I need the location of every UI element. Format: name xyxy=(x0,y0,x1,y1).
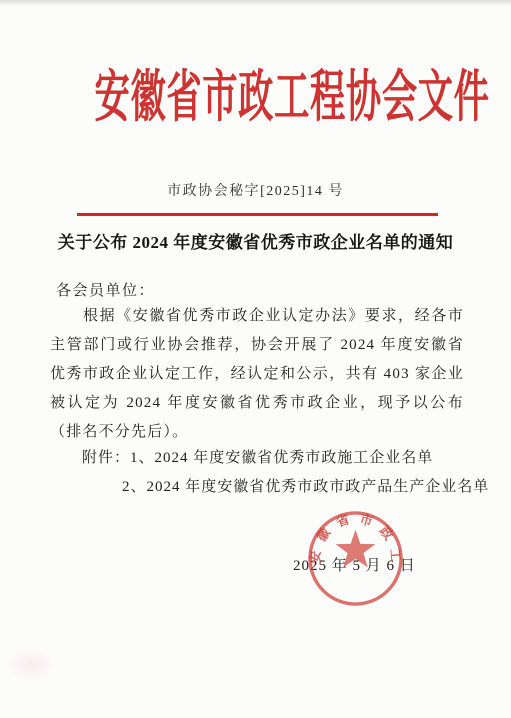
attachment-item-1: 1、2024 年度安徽省优秀市政施工企业名单 xyxy=(130,450,433,466)
document-header-title: 安徽省市政工程协会文件 xyxy=(95,66,417,130)
scan-smudge xyxy=(8,648,54,682)
document-subject: 关于公布 2024 年度安徽省优秀市政企业名单的通知 xyxy=(0,228,511,253)
red-divider-line xyxy=(77,213,438,216)
attachment-item-2: 2、2024 年度安徽省优秀市政市政产品生产企业名单 xyxy=(122,479,489,495)
attachments-label: 附件： xyxy=(82,450,130,466)
official-seal: 安徽省市政工程协会 xyxy=(306,509,405,608)
attachments-line-2: 2、2024 年度安徽省优秀市政市政产品生产企业名单 xyxy=(122,475,489,496)
seal-star-icon xyxy=(336,530,376,568)
body-paragraph: 根据《安徽省优秀市政企业认定办法》要求，经各市主管部门或行业协会推荐，协会开展了… xyxy=(50,302,464,447)
document-number: 市政协会秘字[2025]14 号 xyxy=(0,180,511,200)
attachments-line-1: 附件：1、2024 年度安徽省优秀市政施工企业名单 xyxy=(82,446,433,467)
document-page: 安徽省市政工程协会文件 市政协会秘字[2025]14 号 关于公布 2024 年… xyxy=(0,0,511,718)
salutation: 各会员单位： xyxy=(56,279,155,300)
